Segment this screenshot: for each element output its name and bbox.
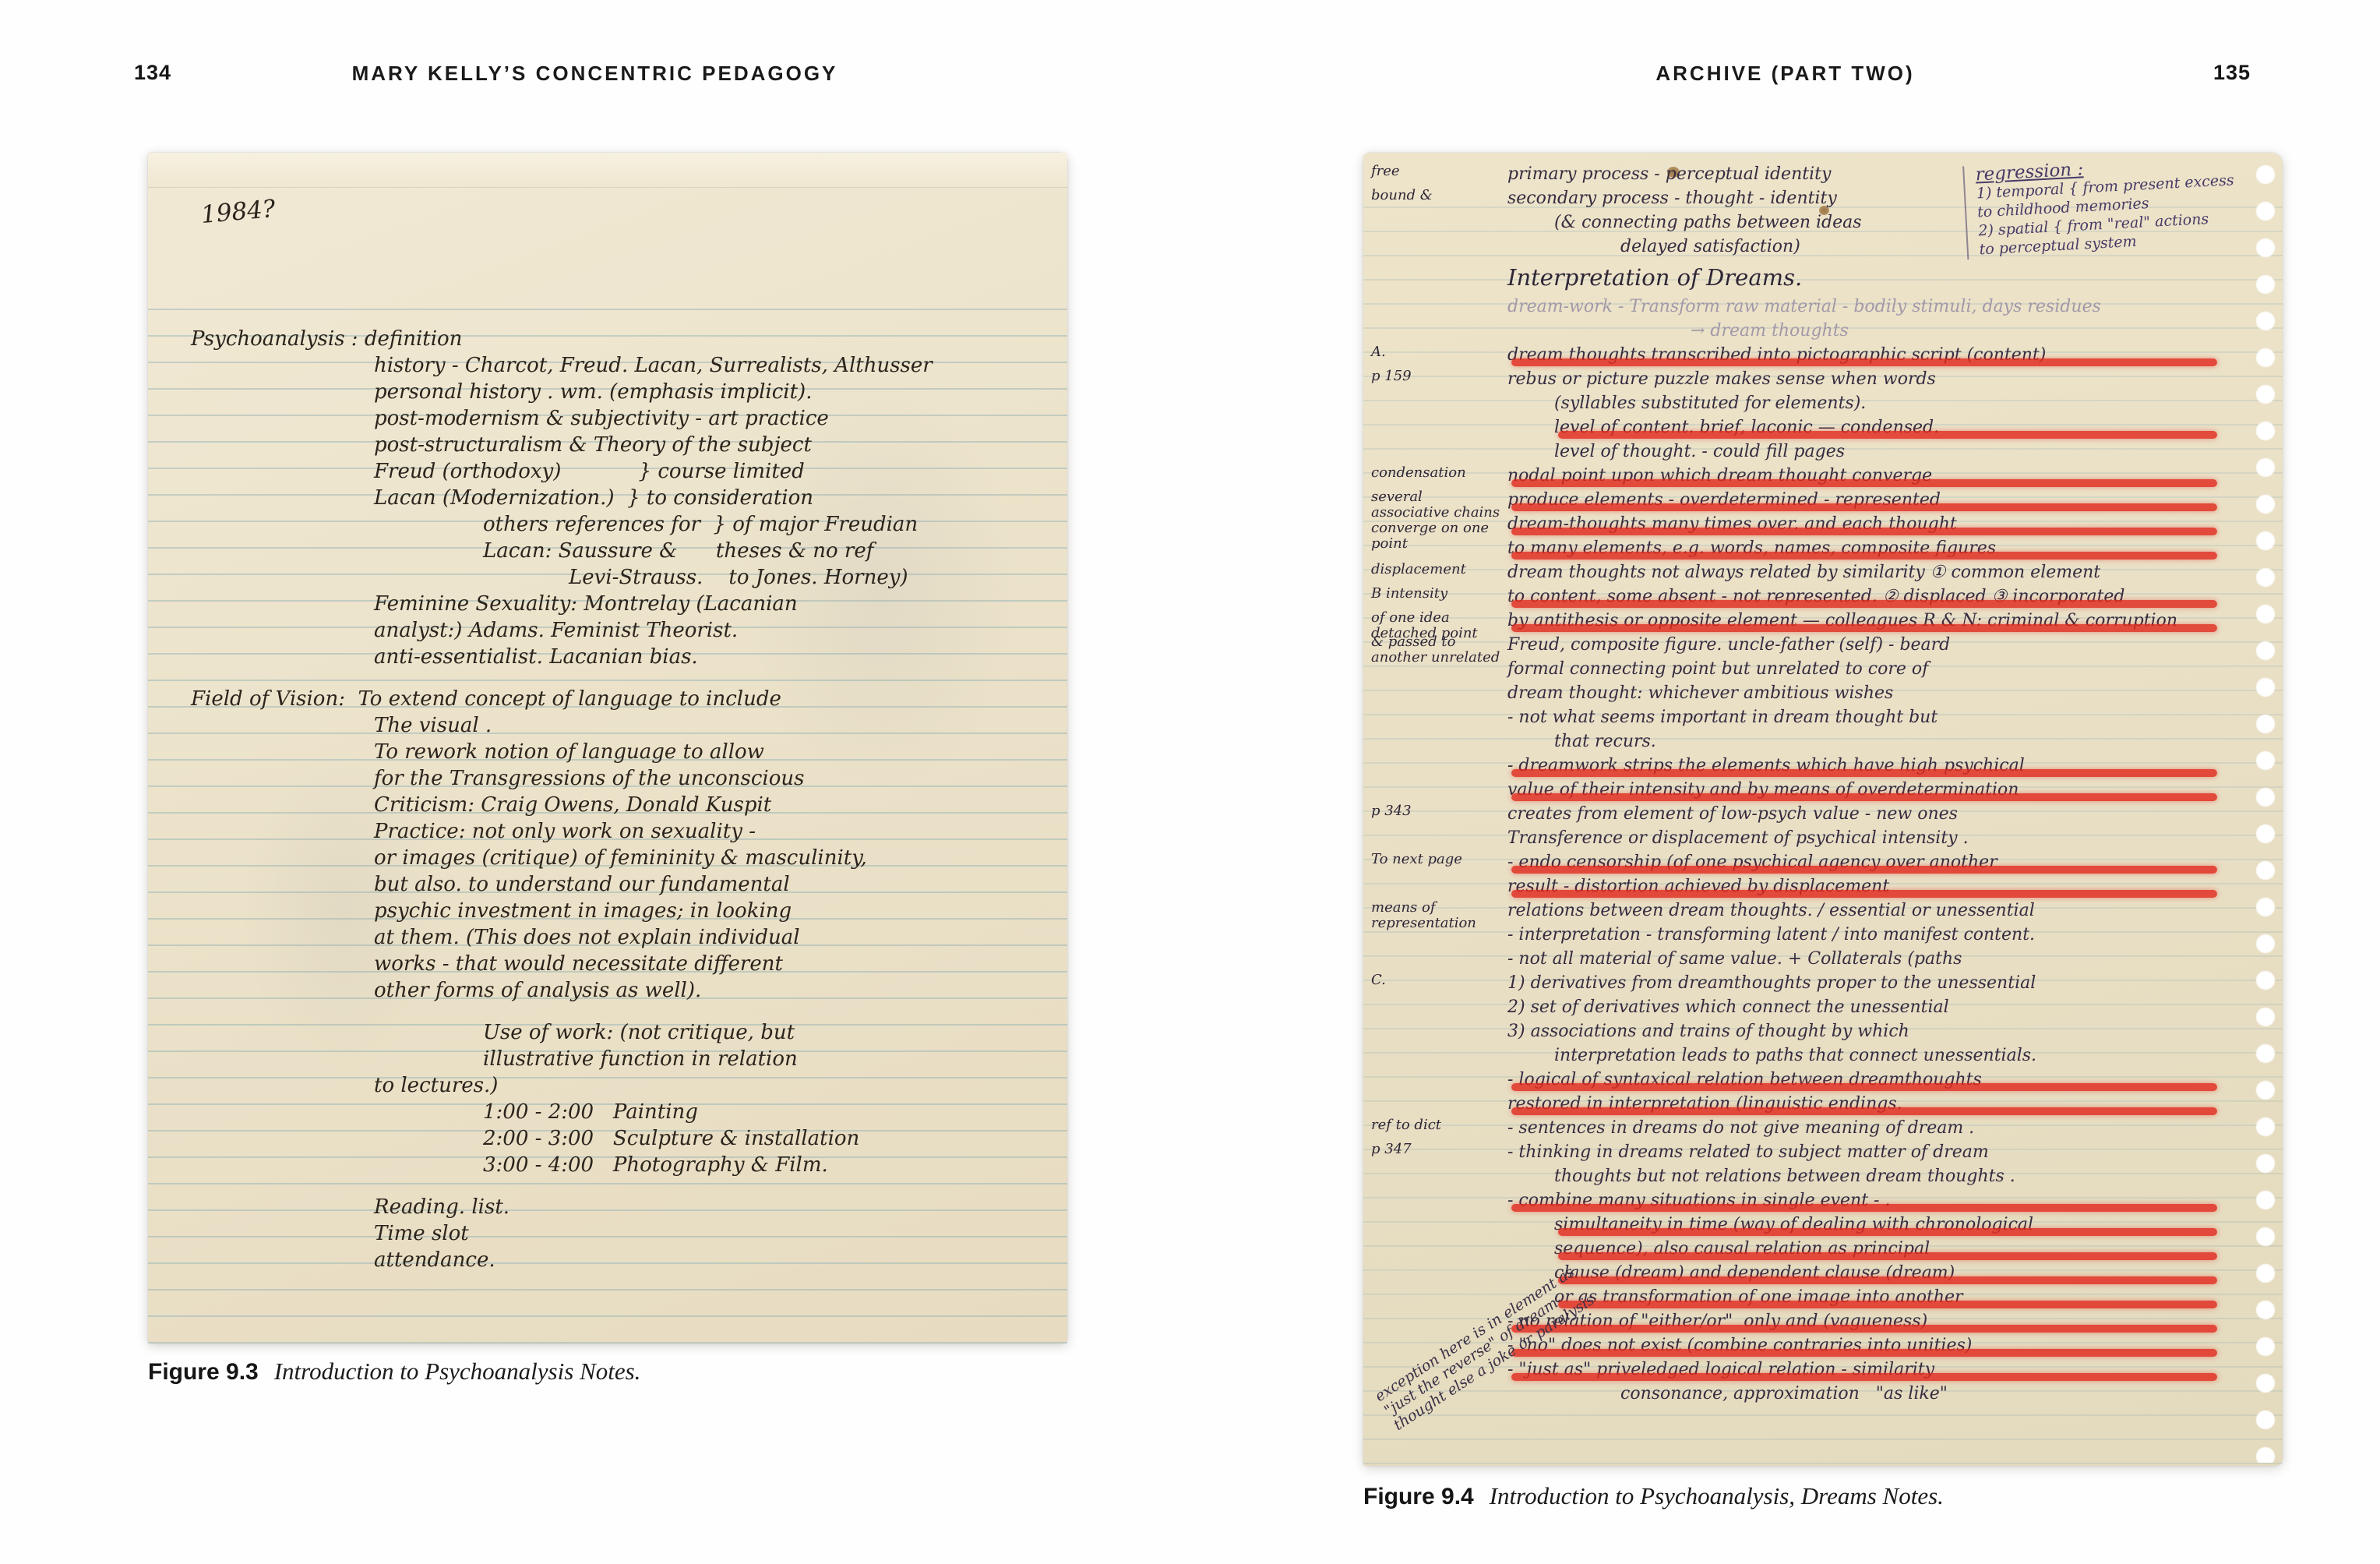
margin-annotation: free [1371,164,1502,179]
handwritten-line: to lectures.) [148,1072,1056,1099]
perforation-holes [2247,159,2283,1463]
line-text: post-modernism & subjectivity - art prac… [374,407,829,430]
line-text: 2:00 - 3:00 Sculpture & installation [483,1127,859,1150]
line-text: Feminine Sexuality: Montrelay (Lacanian [374,592,798,616]
line-text: 1) derivatives from dreamthoughts proper… [1507,973,2036,993]
line-text: (syllables substituted for elements). [1554,394,1866,413]
line-text: that recurs. [1554,732,1656,751]
line-text: Use of work: (not critique, but [483,1021,795,1044]
margin-annotation: To next page [1371,852,1502,867]
handwritten-line: means of representationrelations between… [1363,899,2244,923]
line-text: 2) set of derivatives which connect the … [1507,997,1949,1017]
margin-annotation: condensation [1371,465,1502,481]
handwritten-line: p 159rebus or picture puzzle makes sense… [1363,367,2244,391]
handwritten-line: clause (dream) and dependent clause (dre… [1363,1261,2244,1285]
handwritten-line: history - Charcot, Freud. Lacan, Surreal… [148,352,1056,379]
handwritten-line: & passed to another unrelatedFreud, comp… [1363,633,2244,657]
torn-paper-edge [148,153,1067,188]
handwritten-line [148,1178,1056,1194]
line-text: 3) associations and trains of thought by… [1507,1022,1909,1041]
line-text: - sentences in dreams do not give meanin… [1507,1118,1974,1138]
line-text: - "just as" priveledged logical relation… [1507,1360,1934,1379]
handwritten-line: interpretation leads to paths that conne… [1363,1043,2244,1068]
line-text: rebus or picture puzzle makes sense when… [1507,369,1936,389]
handwritten-line: bound &secondary process - thought - ide… [1363,186,2244,210]
handwritten-line: - dreamwork strips the elements which ha… [1363,754,2244,778]
margin-annotation: C. [1371,973,1502,988]
line-text: formal connecting point but unrelated to… [1507,659,1928,679]
margin-annotation: displacement [1371,562,1502,577]
line-text: - not all material of same value. + Coll… [1507,949,1962,969]
line-text: → dream thoughts [1691,321,1849,341]
line-text: secondary process - thought - identity [1507,189,1837,208]
line-text: produce elements - overdetermined - repr… [1507,490,1941,510]
line-text: for the Transgressions of the unconsciou… [374,767,804,790]
line-text: - thinking in dreams related to subject … [1507,1142,1989,1162]
handwritten-line: simultaneity in time (way of dealing wit… [1363,1213,2244,1237]
handwritten-line: sequence), also causal relation as princ… [1363,1237,2244,1261]
line-text: primary process - perceptual identity [1507,164,1831,184]
line-text: by antithesis or opposite element — coll… [1507,611,2177,630]
line-text: Time slot [374,1222,469,1245]
line-text: relations between dream thoughts. / esse… [1507,901,2035,920]
line-text: interpretation leads to paths that conne… [1554,1046,2036,1065]
line-text: dream thoughts transcribed into pictogra… [1507,345,2046,365]
handwritten-line: Transference or displacement of psychica… [1363,826,2244,850]
line-text: psychic investment in images; in looking [374,899,792,923]
handwritten-line [148,670,1056,686]
line-text: restored in interpretation (linguistic e… [1507,1094,1902,1114]
handwritten-line: works - that would necessitate different [148,951,1056,977]
handwritten-line: formal connecting point but unrelated to… [1363,657,2244,681]
handwritten-line: post-structuralism & Theory of the subje… [148,432,1056,458]
scanned-note-page-1984: 1984? Psychoanalysis : definition histor… [148,153,1067,1343]
line-text: - dreamwork strips the elements which ha… [1507,756,2025,775]
handwritten-line: to many elements, e.g. words, names, com… [1363,536,2244,560]
handwritten-line: Freud (orthodoxy) } course limited [148,458,1056,485]
margin-annotation: A. [1371,344,1502,360]
handwritten-line: Lacan: Saussure & theses & no ref [148,538,1056,564]
handwritten-line: dream thought: whichever ambitious wishe… [1363,681,2244,705]
scanned-note-page-dreams: regression : 1) temporal { from present … [1363,153,2283,1466]
handwritten-line: several associative chains converge on o… [1363,488,2244,512]
line-text: thoughts but not relations between dream… [1554,1167,2015,1186]
handwritten-line: result - distortion achieved by displace… [1363,874,2244,899]
figure-9-4-caption: Figure 9.4Introduction to Psychoanalysis… [1363,1482,1944,1510]
line-text: history - Charcot, Freud. Lacan, Surreal… [374,354,933,377]
line-text: dream-work - Transform raw material - bo… [1507,297,2101,316]
line-text: Lacan: Saussure & theses & no ref [483,539,873,563]
margin-annotation: p 347 [1371,1142,1502,1157]
line-text: To rework notion of language to allow [374,740,764,764]
line-text: Criticism: Craig Owens, Donald Kuspit [374,793,771,817]
line-text: - combine many situations in single even… [1507,1191,1890,1210]
figure-9-3-caption: Figure 9.3Introduction to Psychoanalysis… [148,1357,640,1386]
margin-annotation: p 159 [1371,369,1502,384]
handwritten-line: attendance. [148,1247,1056,1273]
line-text: anti-essentialist. Lacanian bias. [374,645,698,669]
handwritten-note-body: freeprimary process - perceptual identit… [1363,162,2244,1406]
line-text: Levi-Strauss. to Jones. Horney) [569,566,908,589]
handwritten-line: restored in interpretation (linguistic e… [1363,1092,2244,1116]
line-text: sequence), also causal relation as princ… [1554,1239,1930,1259]
line-text: 1:00 - 2:00 Painting [483,1100,698,1124]
handwritten-line: (& connecting paths between ideas [1363,210,2244,235]
line-text: result - distortion achieved by displace… [1507,877,1889,896]
figure-caption-text: Introduction to Psychoanalysis Notes. [274,1357,641,1385]
handwritten-line: delayed satisfaction) [1363,235,2244,259]
handwritten-line: - logical of syntaxical relation between… [1363,1068,2244,1092]
handwritten-line: Interpretation of Dreams. [1363,262,2244,293]
line-text: Lacan (Modernization.) } to consideratio… [374,486,813,510]
figure-caption-text: Introduction to Psychoanalysis, Dreams N… [1490,1482,1944,1509]
line-text: to lectures.) [374,1074,498,1097]
line-text: personal history . wm. (emphasis implici… [374,380,812,404]
line-text: but also. to understand our fundamental [374,873,790,896]
handwritten-line: dream-thoughts many times over. and each… [1363,512,2244,536]
line-text: dream thought: whichever ambitious wishe… [1507,683,1893,703]
line-text: delayed satisfaction) [1620,237,1800,256]
running-head-left: MARY KELLY’S CONCENTRIC PEDAGOGY [0,62,1190,86]
handwritten-line: Criticism: Craig Owens, Donald Kuspit [148,792,1056,818]
line-text: Field of Vision: To extend concept of la… [191,687,781,711]
handwritten-line: B intensityto content, some absent - not… [1363,584,2244,609]
handwritten-line: condensationnodal point upon which dream… [1363,464,2244,488]
line-text: simultaneity in time (way of dealing wit… [1554,1215,2033,1234]
line-text: level of content. brief, laconic — conde… [1554,418,1939,437]
note-date: 1984? [200,195,277,229]
line-text: value of their intensity and by means of… [1507,780,2019,800]
line-text: - interpretation - transforming latent /… [1507,925,2035,944]
line-text: The visual . [374,714,492,737]
handwritten-line: that recurs. [1363,729,2244,754]
handwritten-line: p 347- thinking in dreams related to sub… [1363,1140,2244,1164]
handwritten-note-body: Psychoanalysis : definition history - Ch… [148,326,1056,1273]
line-text: clause (dream) and dependent clause (dre… [1554,1263,1955,1283]
handwritten-line: thoughts but not relations between dream… [1363,1164,2244,1188]
line-text: attendance. [374,1248,495,1272]
line-text: analyst:) Adams. Feminist Theorist. [374,619,738,642]
line-text: to content, some absent - not represente… [1507,587,2125,606]
line-text: Transference or displacement of psychica… [1507,828,1969,848]
line-text: works - that would necessitate different [374,952,783,976]
handwritten-line: anti-essentialist. Lacanian bias. [148,644,1056,670]
handwritten-line [148,1004,1056,1019]
handwritten-line: Psychoanalysis : definition [148,326,1056,352]
handwritten-line: A.dream thoughts transcribed into pictog… [1363,343,2244,367]
line-text: at them. (This does not explain individu… [374,926,800,949]
handwritten-line: ref to dict- sentences in dreams do not … [1363,1116,2244,1140]
handwritten-line: level of thought. - could fill pages [1363,440,2244,464]
handwritten-line: or as transformation of one image into a… [1363,1285,2244,1309]
handwritten-line: Levi-Strauss. to Jones. Horney) [148,564,1056,591]
handwritten-line: - not all material of same value. + Coll… [1363,947,2244,971]
figure-label: Figure 9.3 [148,1359,259,1385]
line-text: other forms of analysis as well). [374,979,701,1002]
handwritten-line: 2:00 - 3:00 Sculpture & installation [148,1125,1056,1152]
handwritten-line: other forms of analysis as well). [148,977,1056,1004]
page-number-right: 135 [2213,61,2251,85]
handwritten-line: post-modernism & subjectivity - art prac… [148,405,1056,432]
handwritten-line: 1:00 - 2:00 Painting [148,1099,1056,1125]
line-text: Practice: not only work on sexuality - [374,820,756,843]
line-text: - logical of syntaxical relation between… [1507,1070,1982,1089]
line-text: creates from element of low-psych value … [1507,804,1958,824]
line-text: - "no" does not exist (combine contrarie… [1507,1336,1972,1355]
line-text: - endo censorship (of one psychical agen… [1507,853,1997,872]
handwritten-line: Time slot [148,1220,1056,1247]
handwritten-line: 3:00 - 4:00 Photography & Film. [148,1152,1056,1178]
line-text: or images (critique) of femininity & mas… [374,846,867,870]
line-text: Freud (orthodoxy) } course limited [374,460,805,483]
figure-label: Figure 9.4 [1363,1484,1474,1509]
handwritten-line: consonance, approximation "as like" [1363,1382,2244,1406]
line-text: Reading. list. [374,1195,509,1219]
handwritten-line: level of content. brief, laconic — conde… [1363,415,2244,440]
line-text: - not what seems important in dream thou… [1507,708,1937,727]
line-text: 3:00 - 4:00 Photography & Film. [483,1153,828,1177]
handwritten-line: illustrative function in relation [148,1046,1056,1072]
handwritten-line: → dream thoughts [1363,319,2244,343]
handwritten-line: - interpretation - transforming latent /… [1363,923,2244,947]
margin-annotation: bound & [1371,188,1502,203]
handwritten-line: displacementdream thoughts not always re… [1363,560,2244,584]
handwritten-line: 2) set of derivatives which connect the … [1363,995,2244,1019]
handwritten-line: analyst:) Adams. Feminist Theorist. [148,617,1056,644]
handwritten-line: for the Transgressions of the unconsciou… [148,765,1056,792]
margin-annotation: B intensity [1371,586,1502,602]
handwritten-line: value of their intensity and by means of… [1363,778,2244,802]
handwritten-line: - combine many situations in single even… [1363,1188,2244,1213]
line-text: to many elements, e.g. words, names, com… [1507,538,1996,558]
handwritten-line: but also. to understand our fundamental [148,871,1056,898]
line-text: others references for } of major Freudia… [483,513,918,536]
handwritten-line: To next page- endo censorship (of one ps… [1363,850,2244,874]
line-text: level of thought. - could fill pages [1554,442,1845,461]
handwritten-line: 3) associations and trains of thought by… [1363,1019,2244,1043]
line-text: dream thoughts not always related by sim… [1507,563,2100,582]
handwritten-line: C.1) derivatives from dreamthoughts prop… [1363,971,2244,995]
line-text: Psychoanalysis : definition [191,327,462,351]
handwritten-line: To rework notion of language to allow [148,739,1056,765]
line-text: consonance, approximation "as like" [1620,1384,1948,1403]
line-text: or as transformation of one image into a… [1554,1287,1963,1307]
handwritten-line: at them. (This does not explain individu… [148,924,1056,951]
handwritten-line: Lacan (Modernization.) } to consideratio… [148,485,1056,511]
handwritten-line: p 343creates from element of low-psych v… [1363,802,2244,826]
line-text: Interpretation of Dreams. [1507,264,1802,291]
handwritten-line: or images (critique) of femininity & mas… [148,845,1056,871]
line-text: nodal point upon which dream thought con… [1507,466,1932,485]
handwritten-line: dream-work - Transform raw material - bo… [1363,295,2244,319]
handwritten-line: psychic investment in images; in looking [148,898,1056,924]
line-text: post-structuralism & Theory of the subje… [374,433,812,457]
handwritten-line: The visual . [148,712,1056,739]
handwritten-line: Use of work: (not critique, but [148,1019,1056,1046]
handwritten-line: Practice: not only work on sexuality - [148,818,1056,845]
handwritten-line: freeprimary process - perceptual identit… [1363,162,2244,186]
handwritten-line: of one idea detached pointby antithesis … [1363,609,2244,633]
line-text: Freud, composite figure. uncle-father (s… [1507,635,1950,655]
line-text: (& connecting paths between ideas [1554,213,1862,232]
handwritten-line: personal history . wm. (emphasis implici… [148,379,1056,405]
handwritten-line: others references for } of major Freudia… [148,511,1056,538]
line-text: illustrative function in relation [483,1047,798,1071]
handwritten-line: Reading. list. [148,1194,1056,1220]
handwritten-line: Feminine Sexuality: Montrelay (Lacanian [148,591,1056,617]
margin-annotation: ref to dict [1371,1117,1502,1133]
handwritten-line: Field of Vision: To extend concept of la… [148,686,1056,712]
margin-annotation: p 343 [1371,803,1502,819]
running-head-right: ARCHIVE (PART TWO) [1190,62,2380,86]
handwritten-line: - not what seems important in dream thou… [1363,705,2244,729]
line-text: dream-thoughts many times over. and each… [1507,514,1957,534]
handwritten-line: (syllables substituted for elements). [1363,391,2244,415]
